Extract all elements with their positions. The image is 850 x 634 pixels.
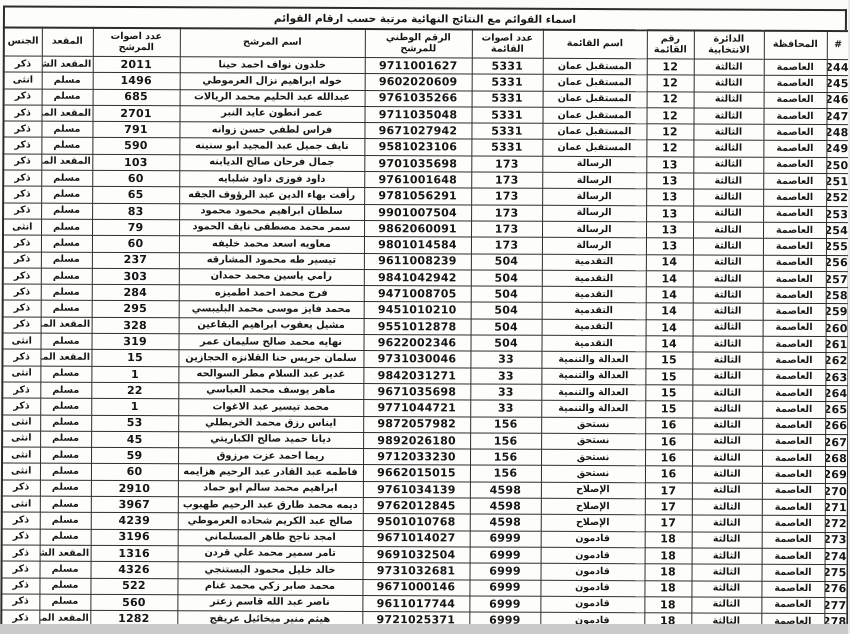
cell-list_no: 13 <box>646 222 693 239</box>
cell-district: الثالثة <box>694 75 764 92</box>
cell-list_no: 18 <box>645 531 692 548</box>
cell-list_no: 12 <box>647 59 694 76</box>
col-header-district: الدائرة الانتخابية <box>694 30 764 59</box>
cell-list_votes: 33 <box>470 368 541 385</box>
cell-seat: مسلم <box>41 333 92 350</box>
cell-national_id: 9761001648 <box>364 172 471 189</box>
cell-name: خالد خليل محمود البستنجي <box>178 562 363 579</box>
cell-name: ديمه محمد طارق عبد الرحيم طهبوب <box>178 497 363 514</box>
cell-name: ديانا حميد صالح الكباريتي <box>178 432 363 449</box>
cell-national_id: 9701035698 <box>364 155 471 172</box>
cell-list_no: 15 <box>645 385 692 402</box>
cell-list_no: 13 <box>646 189 693 206</box>
cell-num: 247 <box>826 108 849 124</box>
col-header-list_name: اسم القائمة <box>543 30 647 59</box>
cell-seat: المقعد الشر <box>42 56 93 73</box>
cell-seat: مسلم <box>41 219 92 236</box>
cell-list_votes: 156 <box>470 433 541 450</box>
cell-name: سلمان جريس حنا القلانزه الحجازين <box>178 350 363 367</box>
cell-national_id: 9711035048 <box>364 106 471 123</box>
cell-district: الثالثة <box>694 92 764 109</box>
cell-list_votes: 156 <box>470 417 541 434</box>
cell-governorate: العاصمة <box>763 141 826 158</box>
col-header-list_no: رقم القائمة <box>647 30 694 59</box>
cell-gender: ذكر <box>3 300 41 316</box>
cell-name: محمد تيسير عبد الاغوات <box>178 399 363 416</box>
cell-list_votes: 173 <box>471 172 542 189</box>
cell-list_name: المستقبل عمان <box>542 140 646 157</box>
cell-national_id: 9611008239 <box>364 253 471 270</box>
cell-list_votes: 5331 <box>472 91 543 108</box>
col-header-seat: المقعد <box>42 28 93 57</box>
cell-num: 254 <box>826 223 849 239</box>
cell-list_votes: 504 <box>471 319 542 336</box>
cell-seat: مسلم <box>40 496 91 513</box>
cell-national_id: 9771044721 <box>363 400 470 417</box>
cell-governorate: العاصمة <box>762 385 825 402</box>
cell-list_no: 13 <box>646 205 693 222</box>
cell-district: الثالثة <box>692 336 762 353</box>
cell-num: 268 <box>825 451 848 467</box>
cell-list_no: 18 <box>644 597 691 614</box>
cell-votes: 522 <box>90 578 177 595</box>
cell-district: الثالثة <box>693 222 763 239</box>
cell-name: سلطان ابراهيم محمود محمود <box>179 203 364 220</box>
cell-list_name: نستحق <box>541 466 645 483</box>
cell-votes: 53 <box>91 415 178 432</box>
cell-seat: مسلم <box>41 284 92 301</box>
cell-gender: ذكر <box>3 284 41 300</box>
cell-national_id: 9671014027 <box>363 530 470 547</box>
cell-list_name: قادمون <box>540 596 644 613</box>
cell-name: فراس لطفي حسن زوانه <box>179 122 364 139</box>
cell-list_no: 13 <box>646 173 693 190</box>
cell-governorate: العاصمة <box>763 287 826 304</box>
cell-name: عبدالله عبد الحليم محمد الريالات <box>180 89 365 106</box>
cell-name: امجد ناجح طاهر المسلماني <box>178 529 363 546</box>
cell-name: ايناس رزق محمد الخربطلي <box>178 415 363 432</box>
cell-name: عمر انطون عايد النبر <box>179 106 364 123</box>
cell-votes: 1496 <box>93 73 180 90</box>
cell-list_name: العدالة والتنمية <box>541 401 645 418</box>
cell-seat: مسلم <box>40 431 91 448</box>
cell-national_id: 9781056291 <box>364 188 471 205</box>
cell-votes: 3196 <box>91 529 178 546</box>
cell-list_name: العدالة والتنمية <box>541 368 645 385</box>
cell-list_no: 12 <box>647 75 694 92</box>
cell-seat: مسلم <box>40 382 91 399</box>
col-header-list_votes: عدد اصوات القائمة <box>472 29 543 58</box>
cell-list_no: 17 <box>645 499 692 516</box>
cell-votes: 303 <box>92 268 179 285</box>
cell-district: الثالثة <box>692 483 762 500</box>
cell-national_id: 9451010210 <box>364 302 471 319</box>
cell-gender: انثى <box>3 219 41 235</box>
cell-gender: انثى <box>2 366 40 382</box>
cell-national_id: 9471008705 <box>364 286 471 303</box>
cell-list_name: قادمون <box>540 580 644 597</box>
cell-list_votes: 504 <box>471 286 542 303</box>
cell-list_votes: 5331 <box>471 107 542 124</box>
cell-num: 246 <box>827 92 850 108</box>
cell-name: صالح عبد الكريم شحاده العرموطي <box>178 513 363 530</box>
cell-gender: ذكر <box>4 56 42 72</box>
cell-num: 244 <box>827 60 850 76</box>
cell-list_no: 15 <box>645 368 692 385</box>
cell-gender: ذكر <box>2 398 40 414</box>
cell-list_name: العدالة والتنمية <box>541 352 645 369</box>
cell-list_no: 16 <box>645 417 692 434</box>
scanned-results-sheet: اسماء القوائم مع النتائج النهائية مرتبة … <box>0 5 847 631</box>
cell-list_votes: 5331 <box>472 74 543 91</box>
cell-list_name: المستقبل عمان <box>542 107 646 124</box>
cell-num: 266 <box>825 418 848 434</box>
cell-seat: المقعد المس <box>40 349 91 366</box>
cell-national_id: 9762012845 <box>363 498 470 515</box>
cell-gender: انثى <box>2 431 40 447</box>
cell-seat: مسلم <box>41 252 92 269</box>
cell-national_id: 9862060091 <box>364 220 471 237</box>
cell-name: ابراهيم محمد سالم ابو حماد <box>178 480 363 497</box>
cell-list_name: المستقبل عمان <box>543 58 647 75</box>
cell-district: الثالثة <box>692 450 762 467</box>
cell-list_name: التقدمية <box>542 254 646 271</box>
scan-edge-shadow <box>0 624 850 634</box>
header-row: #المحافظةالدائرة الانتخابيةرقم القائمةاس… <box>4 27 850 59</box>
cell-num: 250 <box>826 157 849 173</box>
cell-list_no: 18 <box>644 580 691 597</box>
cell-list_name: الرسالة <box>542 156 646 173</box>
cell-national_id: 9602020609 <box>365 74 472 91</box>
cell-list_votes: 4598 <box>470 514 541 531</box>
cell-num: 272 <box>825 516 848 532</box>
cell-list_name: نستحق <box>541 417 645 434</box>
cell-governorate: العاصمة <box>761 581 824 598</box>
cell-list_votes: 173 <box>471 205 542 222</box>
cell-name: نايف جميل عبد المجيد ابو سنينه <box>179 138 364 155</box>
cell-votes: 560 <box>90 594 177 611</box>
cell-name: غدير عبد السلام مطر السوالحه <box>178 366 363 383</box>
cell-governorate: العاصمة <box>763 190 826 207</box>
cell-votes: 83 <box>92 203 179 220</box>
cell-list_name: الإصلاح <box>541 498 645 515</box>
cell-national_id: 9712033230 <box>363 449 470 466</box>
cell-national_id: 9731032681 <box>363 563 470 580</box>
cell-seat: مسلم <box>42 89 93 106</box>
cell-name: تيسير طه محمود المشارقه <box>179 252 364 269</box>
cell-list_no: 14 <box>646 254 693 271</box>
cell-list_no: 13 <box>646 157 693 174</box>
cell-district: الثالثة <box>692 515 762 532</box>
cell-seat: مسلم <box>41 203 92 220</box>
cell-governorate: العاصمة <box>762 418 825 435</box>
cell-governorate: العاصمة <box>763 320 826 337</box>
cell-list_no: 18 <box>645 548 692 565</box>
cell-district: الثالثة <box>692 466 762 483</box>
cell-gender: ذكر <box>3 121 41 137</box>
cell-gender: ذكر <box>3 235 41 251</box>
cell-name: ناصر عبد الله قاسم زعتر <box>177 595 362 612</box>
cell-num: 255 <box>826 239 849 255</box>
cell-governorate: العاصمة <box>763 108 826 125</box>
cell-list_no: 14 <box>646 271 693 288</box>
cell-governorate: العاصمة <box>763 239 826 256</box>
cell-seat: مسلم <box>40 561 91 578</box>
cell-num: 259 <box>826 304 849 320</box>
cell-seat: مسلم <box>40 529 91 546</box>
cell-num: 264 <box>825 385 848 401</box>
cell-governorate: العاصمة <box>762 483 825 500</box>
cell-district: الثالثة <box>693 173 763 190</box>
cell-votes: 65 <box>92 187 179 204</box>
cell-list_name: التقدمية <box>542 270 646 287</box>
cell-governorate: العاصمة <box>763 222 826 239</box>
col-header-votes: عدد اصوات المرشح <box>93 28 180 57</box>
cell-governorate: العاصمة <box>763 304 826 321</box>
cell-district: الثالثة <box>692 499 762 516</box>
cell-governorate: العاصمة <box>763 124 826 141</box>
cell-list_no: 17 <box>645 482 692 499</box>
cell-gender: ذكر <box>2 382 40 398</box>
cell-district: الثالثة <box>692 532 762 549</box>
cell-list_votes: 173 <box>471 237 542 254</box>
cell-num: 270 <box>825 483 848 499</box>
cell-governorate: العاصمة <box>762 532 825 549</box>
cell-district: الثالثة <box>693 255 763 272</box>
cell-governorate: العاصمة <box>762 467 825 484</box>
cell-name: ماهر يوسف محمد العباسي <box>178 383 363 400</box>
cell-name: محمد فايز موسى محمد البليبسي <box>179 301 364 318</box>
cell-governorate: العاصمة <box>763 271 826 288</box>
cell-governorate: العاصمة <box>764 92 827 109</box>
cell-national_id: 9691032504 <box>363 546 470 563</box>
cell-votes: 4326 <box>91 562 178 579</box>
cell-seat: مسلم <box>39 578 90 595</box>
cell-district: الثالثة <box>691 597 761 614</box>
cell-national_id: 9731030046 <box>363 351 470 368</box>
cell-list_name: الرسالة <box>542 172 646 189</box>
cell-seat: مسلم <box>40 415 91 432</box>
cell-gender: ذكر <box>2 512 40 528</box>
cell-num: 261 <box>825 337 848 353</box>
cell-list_name: الإصلاح <box>541 482 645 499</box>
cell-seat: مسلم <box>39 594 90 611</box>
cell-votes: 2701 <box>92 105 179 122</box>
cell-governorate: العاصمة <box>761 564 824 581</box>
cell-district: الثالثة <box>692 417 762 434</box>
cell-num: 269 <box>825 467 848 483</box>
cell-votes: 1 <box>91 399 178 416</box>
cell-district: الثالثة <box>693 238 763 255</box>
cell-national_id: 9581023106 <box>364 139 471 156</box>
cell-gender: ذكر <box>3 137 41 153</box>
cell-votes: 103 <box>92 154 179 171</box>
cell-votes: 284 <box>92 284 179 301</box>
cell-num: 245 <box>827 76 850 92</box>
cell-list_votes: 6999 <box>470 547 541 564</box>
col-header-governorate: المحافظة <box>764 31 827 60</box>
cell-num: 252 <box>826 190 849 206</box>
cell-governorate: العاصمة <box>762 336 825 353</box>
cell-votes: 319 <box>92 333 179 350</box>
cell-gender: ذكر <box>2 480 40 496</box>
cell-district: الثالثة <box>693 140 763 157</box>
cell-seat: مسلم <box>40 464 91 481</box>
cell-seat: مسلم <box>41 268 92 285</box>
cell-list_votes: 6999 <box>469 596 540 613</box>
cell-district: الثالثة <box>693 157 763 174</box>
cell-list_name: التقدمية <box>542 286 646 303</box>
cell-governorate: العاصمة <box>762 499 825 516</box>
cell-national_id: 9841042942 <box>364 269 471 286</box>
cell-votes: 60 <box>92 170 179 187</box>
cell-votes: 328 <box>92 317 179 334</box>
cell-list_votes: 5331 <box>472 58 543 75</box>
cell-national_id: 9711001627 <box>365 58 472 75</box>
cell-district: الثالثة <box>693 206 763 223</box>
cell-list_no: 16 <box>645 434 692 451</box>
results-table: #المحافظةالدائرة الانتخابيةرقم القائمةاس… <box>0 26 850 631</box>
cell-list_votes: 504 <box>471 302 542 319</box>
cell-seat: المقعد المس <box>41 105 92 122</box>
col-header-name: اسم المرشح <box>180 28 365 57</box>
cell-list_votes: 504 <box>471 270 542 287</box>
cell-list_votes: 6999 <box>469 579 540 596</box>
cell-seat: مسلم <box>41 121 92 138</box>
cell-list_name: الرسالة <box>542 238 646 255</box>
cell-name: فاطمه عبد القادر عبد الرحيم هزايمه <box>178 464 363 481</box>
cell-list_name: التقدمية <box>542 319 646 336</box>
cell-seat: مسلم <box>42 72 93 89</box>
cell-gender: ذكر <box>4 89 42 105</box>
cell-national_id: 9872057982 <box>363 416 470 433</box>
cell-list_name: قادمون <box>541 564 645 581</box>
cell-district: الثالثة <box>693 124 763 141</box>
cell-list_no: 15 <box>645 401 692 418</box>
cell-votes: 1 <box>91 366 178 383</box>
cell-gender: ذكر <box>2 561 40 577</box>
cell-district: الثالثة <box>692 369 762 386</box>
cell-governorate: العاصمة <box>762 516 825 533</box>
cell-list_votes: 173 <box>471 221 542 238</box>
cell-seat: مسلم <box>40 512 91 529</box>
cell-num: 262 <box>825 353 848 369</box>
cell-num: 256 <box>826 255 849 271</box>
cell-seat: مسلم <box>41 170 92 187</box>
cell-list_votes: 6999 <box>470 563 541 580</box>
cell-national_id: 9892026180 <box>363 432 470 449</box>
cell-gender: انثى <box>4 72 42 88</box>
cell-gender: انثى <box>2 463 40 479</box>
cell-governorate: العاصمة <box>762 353 825 370</box>
cell-gender: انثى <box>2 496 40 512</box>
cell-governorate: العاصمة <box>761 597 824 614</box>
cell-num: 249 <box>826 141 849 157</box>
cell-governorate: العاصمة <box>763 206 826 223</box>
cell-votes: 79 <box>92 219 179 236</box>
cell-num: 267 <box>825 434 848 450</box>
cell-list_name: قادمون <box>541 531 645 548</box>
cell-national_id: 9622002346 <box>363 335 470 352</box>
cell-gender: ذكر <box>2 349 40 365</box>
cell-list_votes: 156 <box>470 465 541 482</box>
cell-national_id: 9901007504 <box>364 204 471 221</box>
cell-national_id: 9801014584 <box>364 237 471 254</box>
cell-seat: مسلم <box>40 398 91 415</box>
cell-gender: انثى <box>3 333 41 349</box>
cell-seat: مسلم <box>41 301 92 318</box>
cell-votes: 685 <box>93 89 180 106</box>
cell-votes: 60 <box>91 464 178 481</box>
cell-national_id: 9671027942 <box>364 123 471 140</box>
cell-num: 248 <box>826 125 849 141</box>
cell-seat: مسلم <box>41 235 92 252</box>
cell-national_id: 9671035698 <box>363 383 470 400</box>
cell-district: الثالثة <box>692 401 762 418</box>
cell-list_name: التقدمية <box>541 335 645 352</box>
cell-votes: 60 <box>92 236 179 253</box>
cell-votes: 4239 <box>91 513 178 530</box>
cell-seat: مسلم <box>41 138 92 155</box>
cell-district: الثالثة <box>694 59 764 76</box>
cell-district: الثالثة <box>692 548 762 565</box>
cell-list_name: المستقبل عمان <box>543 75 647 92</box>
cell-list_no: 12 <box>646 108 693 125</box>
cell-district: الثالثة <box>691 564 761 581</box>
cell-votes: 1316 <box>91 545 178 562</box>
cell-name: داود فوزى داود شلبايه <box>179 171 364 188</box>
cell-governorate: العاصمة <box>762 548 825 565</box>
cell-name: فرج محمد احمد اطميزه <box>179 285 364 302</box>
col-header-num: # <box>827 31 850 60</box>
cell-name: تامر سمير محمد علي قردن <box>178 546 363 563</box>
cell-seat: مسلم <box>40 366 91 383</box>
cell-governorate: العاصمة <box>763 255 826 272</box>
cell-list_no: 12 <box>647 91 694 108</box>
cell-list_name: الرسالة <box>542 189 646 206</box>
cell-seat: مسلم <box>41 186 92 203</box>
cell-list_votes: 6999 <box>470 531 541 548</box>
cell-num: 274 <box>825 548 848 564</box>
cell-list_no: 14 <box>646 303 693 320</box>
cell-list_no: 12 <box>646 140 693 157</box>
cell-list_votes: 173 <box>471 156 542 173</box>
cell-district: الثالثة <box>692 352 762 369</box>
cell-num: 253 <box>826 206 849 222</box>
cell-num: 260 <box>826 320 849 336</box>
cell-num: 277 <box>824 597 847 613</box>
cell-list_no: 18 <box>644 564 691 581</box>
cell-gender: ذكر <box>2 545 40 561</box>
cell-seat: مسلم <box>40 447 91 464</box>
cell-votes: 791 <box>92 122 179 139</box>
cell-gender: ذكر <box>1 577 39 593</box>
cell-name: رامي ياسين محمد حمدان <box>179 269 364 286</box>
cell-list_votes: 173 <box>471 188 542 205</box>
cell-seat: المقعد المس <box>41 317 92 334</box>
cell-list_votes: 5331 <box>471 139 542 156</box>
cell-num: 276 <box>824 581 847 597</box>
cell-num: 265 <box>825 402 848 418</box>
cell-district: الثالثة <box>693 287 763 304</box>
cell-name: رأفت بهاء الدين عبد الرؤوف الجقه <box>179 187 364 204</box>
cell-district: الثالثة <box>691 580 761 597</box>
cell-national_id: 9761034139 <box>363 481 470 498</box>
cell-list_no: 17 <box>645 515 692 532</box>
cell-num: 257 <box>826 271 849 287</box>
cell-list_name: نستحق <box>541 449 645 466</box>
cell-num: 263 <box>825 369 848 385</box>
